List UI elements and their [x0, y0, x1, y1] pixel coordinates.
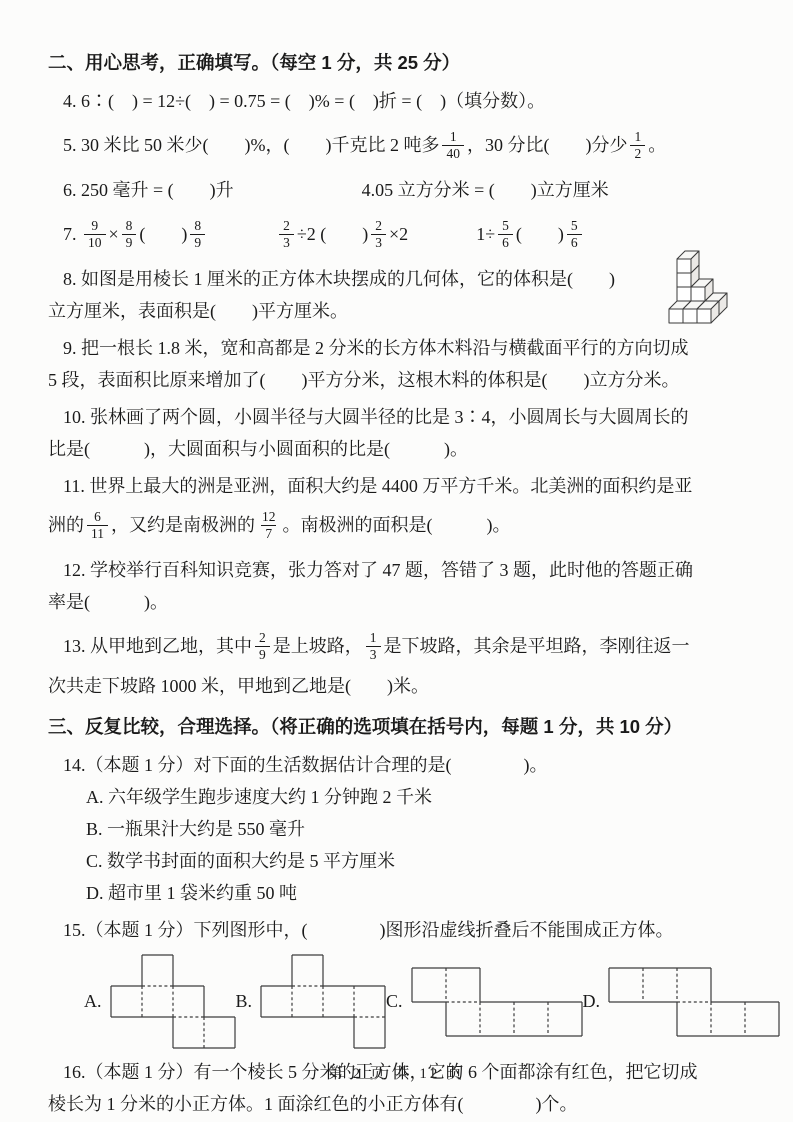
text-run: 洲的	[48, 515, 84, 535]
fraction-denominator: 2	[630, 145, 645, 161]
fraction-numerator: 1	[446, 130, 461, 145]
text-run: 8. 如图是用棱长 1 厘米的正方体木块摆成的几何体，它的体积是( )	[63, 269, 615, 289]
fraction-denominator: 11	[87, 525, 108, 541]
net-option-label: D.	[583, 991, 601, 1012]
text-run: C. 数学书封面的面积大约是 5 平方厘米	[86, 851, 395, 871]
question-q5: 5. 30 米比 50 米少( )%，( )千克比 2 吨多140，30 分比(…	[48, 122, 747, 169]
fraction-denominator: 3	[279, 234, 294, 250]
spacer	[234, 195, 362, 196]
text-run: 比是( )，大圆面积与小圆面积的比是( )。	[48, 439, 468, 459]
q16-line-2: 棱长为 1 分米的小正方体。1 面涂红色的小正方体有( )个。	[48, 1088, 747, 1120]
net-option-c: C.	[386, 967, 583, 1037]
text-run: 7.	[63, 224, 81, 244]
fraction-denominator: 10	[84, 234, 106, 250]
cube-net-options-row: A.B.C.D.	[48, 946, 747, 1051]
text-run: 6. 250 毫升 = ( )升	[63, 180, 234, 200]
text-run: 是上坡路，	[273, 636, 363, 656]
text-run: 15.（本题 1 分）下列图形中，( )图形沿虚线折叠后不能围成正方体。	[63, 920, 674, 940]
text-run: 。南极洲的面积是( )。	[283, 515, 511, 535]
section-fill-blanks-heading: 二、用心思考，正确填写。（每空 1 分，共 25 分）	[48, 46, 747, 80]
q9-line-2: 5 段，表面积比原来增加了( )平方分米，这根木料的体积是( )立方分米。	[48, 364, 747, 396]
text-run: ÷2 ( )	[297, 224, 368, 244]
fraction-denominator: 6	[567, 234, 582, 250]
fraction: 29	[255, 631, 270, 662]
q9-line-1: 9. 把一根长 1.8 米，宽和高都是 2 分米的长方体木料沿与横截面平行的方向…	[48, 332, 747, 364]
fraction-numerator: 6	[90, 510, 105, 525]
q14-line-4: C. 数学书封面的面积大约是 5 平方厘米	[48, 845, 747, 877]
text-run: 14.（本题 1 分）对下面的生活数据估计合理的是( )。	[63, 755, 548, 775]
cube-net-diagram	[110, 954, 236, 1049]
section-multiple-choice-heading: 三、反复比较，合理选择。（将正确的选项填在括号内，每题 1 分，共 10 分）	[48, 710, 747, 744]
net-option-label: B.	[236, 991, 253, 1012]
fraction-numerator: 12	[258, 510, 280, 525]
text-run: 9. 把一根长 1.8 米，宽和高都是 2 分米的长方体木料沿与横截面平行的方向…	[63, 338, 689, 358]
text-run: ，又约是南极洲的	[111, 515, 255, 535]
q12-line-1: 12. 学校举行百科知识竞赛，张力答对了 47 题，答错了 3 题，此时他的答题…	[48, 554, 747, 586]
text-run: 11. 世界上最大的洲是亚洲，面积大约是 4400 万平方千米。北美洲的面积约是…	[63, 476, 692, 496]
q11-line-2: 洲的611，又约是南极洲的127。南极洲的面积是( )。	[48, 502, 747, 549]
cube-net-diagram	[411, 967, 583, 1037]
spacer	[408, 239, 476, 240]
fraction-denominator: 3	[366, 646, 381, 662]
fraction: 23	[371, 219, 386, 250]
text-run: 立方厘米，表面积是( )平方厘米。	[48, 301, 348, 321]
text-run: 是下坡路，其余是平坦路，李刚往返一	[384, 636, 690, 656]
net-option-label: C.	[386, 991, 403, 1012]
text-run: 5. 30 米比 50 米少( )%，( )千克比 2 吨多	[63, 135, 439, 155]
fraction: 89	[190, 219, 205, 250]
exam-content: 二、用心思考，正确填写。（每空 1 分，共 25 分）4. 6∶( ) = 12…	[0, 0, 793, 1120]
question-q6: 6. 250 毫升 = ( )升4.05 立方分米 = ( )立方厘米	[48, 174, 747, 206]
fraction-denominator: 7	[261, 525, 276, 541]
fraction-numerator: 2	[255, 631, 270, 646]
question-q8: 8. 如图是用棱长 1 厘米的正方体木块摆成的几何体，它的体积是( )立方厘米，…	[48, 263, 747, 327]
net-option-label: A.	[84, 991, 102, 1012]
text-run: 4. 6∶( ) = 12÷( ) = 0.75 = ( )% = ( )折 =…	[63, 91, 545, 111]
q5-line-1: 5. 30 米比 50 米少( )%，( )千克比 2 吨多140，30 分比(…	[48, 122, 747, 169]
question-q11: 11. 世界上最大的洲是亚洲，面积大约是 4400 万平方千米。北美洲的面积约是…	[48, 470, 747, 549]
q14-line-5: D. 超市里 1 袋米约重 50 吨	[48, 877, 747, 909]
fraction-denominator: 3	[371, 234, 386, 250]
fraction: 56	[567, 219, 582, 250]
fraction: 23	[279, 219, 294, 250]
fraction-numerator: 8	[190, 219, 205, 234]
question-q10: 10. 张林画了两个圆，小圆半径与大圆半径的比是 3∶4，小圆周长与大圆周长的比…	[48, 401, 747, 465]
net-option-b: B.	[236, 954, 387, 1049]
q14-line-3: B. 一瓶果汁大约是 550 毫升	[48, 813, 747, 845]
text-run: A. 六年级学生跑步速度大约 1 分钟跑 2 千米	[86, 787, 432, 807]
fraction-denominator: 40	[442, 145, 464, 161]
text-run: 。	[648, 135, 666, 155]
fraction-numerator: 1	[366, 631, 381, 646]
fraction-numerator: 5	[567, 219, 582, 234]
question-q7: 7. 910×89( )8923÷2 ( )23×21÷56( )56	[48, 211, 747, 258]
q4-line-1: 4. 6∶( ) = 12÷( ) = 0.75 = ( )% = ( )折 =…	[48, 85, 747, 117]
fraction: 611	[87, 510, 108, 541]
fraction-numerator: 9	[87, 219, 102, 234]
fraction-numerator: 8	[122, 219, 137, 234]
text-run: ( )	[139, 224, 187, 244]
text-run: 13. 从甲地到乙地，其中	[63, 636, 252, 656]
net-option-a: A.	[84, 954, 236, 1049]
fraction-numerator: 2	[371, 219, 386, 234]
text-run: 棱长为 1 分米的小正方体。1 面涂红色的小正方体有( )个。	[48, 1094, 578, 1114]
question-q4: 4. 6∶( ) = 12÷( ) = 0.75 = ( )% = ( )折 =…	[48, 85, 747, 117]
cube-net-diagram	[260, 954, 386, 1049]
cube-stack-figure	[665, 247, 731, 329]
text-run: 12. 学校举行百科知识竞赛，张力答对了 47 题，答错了 3 题，此时他的答题…	[63, 560, 693, 580]
question-q14: 14.（本题 1 分）对下面的生活数据估计合理的是( )。A. 六年级学生跑步速…	[48, 749, 747, 909]
fraction-denominator: 9	[122, 234, 137, 250]
q8-line-1: 8. 如图是用棱长 1 厘米的正方体木块摆成的几何体，它的体积是( )	[48, 263, 747, 295]
q13-line-1: 13. 从甲地到乙地，其中29是上坡路，13是下坡路，其余是平坦路，李刚往返一	[48, 623, 747, 670]
fraction-denominator: 9	[255, 646, 270, 662]
question-q9: 9. 把一根长 1.8 米，宽和高都是 2 分米的长方体木料沿与横截面平行的方向…	[48, 332, 747, 396]
spacer	[208, 239, 276, 240]
question-q12: 12. 学校举行百科知识竞赛，张力答对了 47 题，答错了 3 题，此时他的答题…	[48, 554, 747, 618]
text-run: 10. 张林画了两个圆，小圆半径与大圆半径的比是 3∶4，小圆周长与大圆周长的	[63, 407, 689, 427]
fraction: 127	[258, 510, 280, 541]
fraction: 140	[442, 130, 464, 161]
page-footer: 第 2 页 共 12 页	[0, 1062, 793, 1083]
text-run: ×2	[389, 224, 408, 244]
q13-line-2: 次共走下坡路 1000 米，甲地到乙地是( )米。	[48, 670, 747, 702]
fraction: 89	[122, 219, 137, 250]
q8-line-2: 立方厘米，表面积是( )平方厘米。	[48, 295, 747, 327]
fraction: 12	[630, 130, 645, 161]
fraction-numerator: 1	[630, 130, 645, 145]
fraction-denominator: 9	[190, 234, 205, 250]
question-q13: 13. 从甲地到乙地，其中29是上坡路，13是下坡路，其余是平坦路，李刚往返一次…	[48, 623, 747, 702]
q15-line-1: 15.（本题 1 分）下列图形中，( )图形沿虚线折叠后不能围成正方体。	[48, 914, 747, 946]
text-run: B. 一瓶果汁大约是 550 毫升	[86, 819, 305, 839]
text-run: 次共走下坡路 1000 米，甲地到乙地是( )米。	[48, 676, 429, 696]
fraction-numerator: 5	[498, 219, 513, 234]
q7-line-1: 7. 910×89( )8923÷2 ( )23×21÷56( )56	[48, 211, 747, 258]
text-run: ×	[109, 224, 119, 244]
question-q15: 15.（本题 1 分）下列图形中，( )图形沿虚线折叠后不能围成正方体。A.B.…	[48, 914, 747, 1051]
q10-line-1: 10. 张林画了两个圆，小圆半径与大圆半径的比是 3∶4，小圆周长与大圆周长的	[48, 401, 747, 433]
text-run: 5 段，表面积比原来增加了( )平方分米，这根木料的体积是( )立方分米。	[48, 370, 679, 390]
text-run: ( )	[516, 224, 564, 244]
fraction: 56	[498, 219, 513, 250]
fraction: 13	[366, 631, 381, 662]
fraction: 910	[84, 219, 106, 250]
q12-line-2: 率是( )。	[48, 586, 747, 618]
text-run: ，30 分比( )分少	[467, 135, 628, 155]
q14-line-2: A. 六年级学生跑步速度大约 1 分钟跑 2 千米	[48, 781, 747, 813]
fraction-numerator: 2	[279, 219, 294, 234]
q11-line-1: 11. 世界上最大的洲是亚洲，面积大约是 4400 万平方千米。北美洲的面积约是…	[48, 470, 747, 502]
cube-net-diagram	[608, 967, 780, 1037]
q10-line-2: 比是( )，大圆面积与小圆面积的比是( )。	[48, 433, 747, 465]
text-run: 4.05 立方分米 = ( )立方厘米	[362, 180, 609, 200]
q14-line-1: 14.（本题 1 分）对下面的生活数据估计合理的是( )。	[48, 749, 747, 781]
q6-line-1: 6. 250 毫升 = ( )升4.05 立方分米 = ( )立方厘米	[48, 174, 747, 206]
text-run: 率是( )。	[48, 592, 168, 612]
text-run: 1÷	[476, 224, 495, 244]
net-option-d: D.	[583, 967, 781, 1037]
text-run: D. 超市里 1 袋米约重 50 吨	[86, 883, 297, 903]
exam-page: 二、用心思考，正确填写。（每空 1 分，共 25 分）4. 6∶( ) = 12…	[0, 0, 793, 1122]
fraction-denominator: 6	[498, 234, 513, 250]
